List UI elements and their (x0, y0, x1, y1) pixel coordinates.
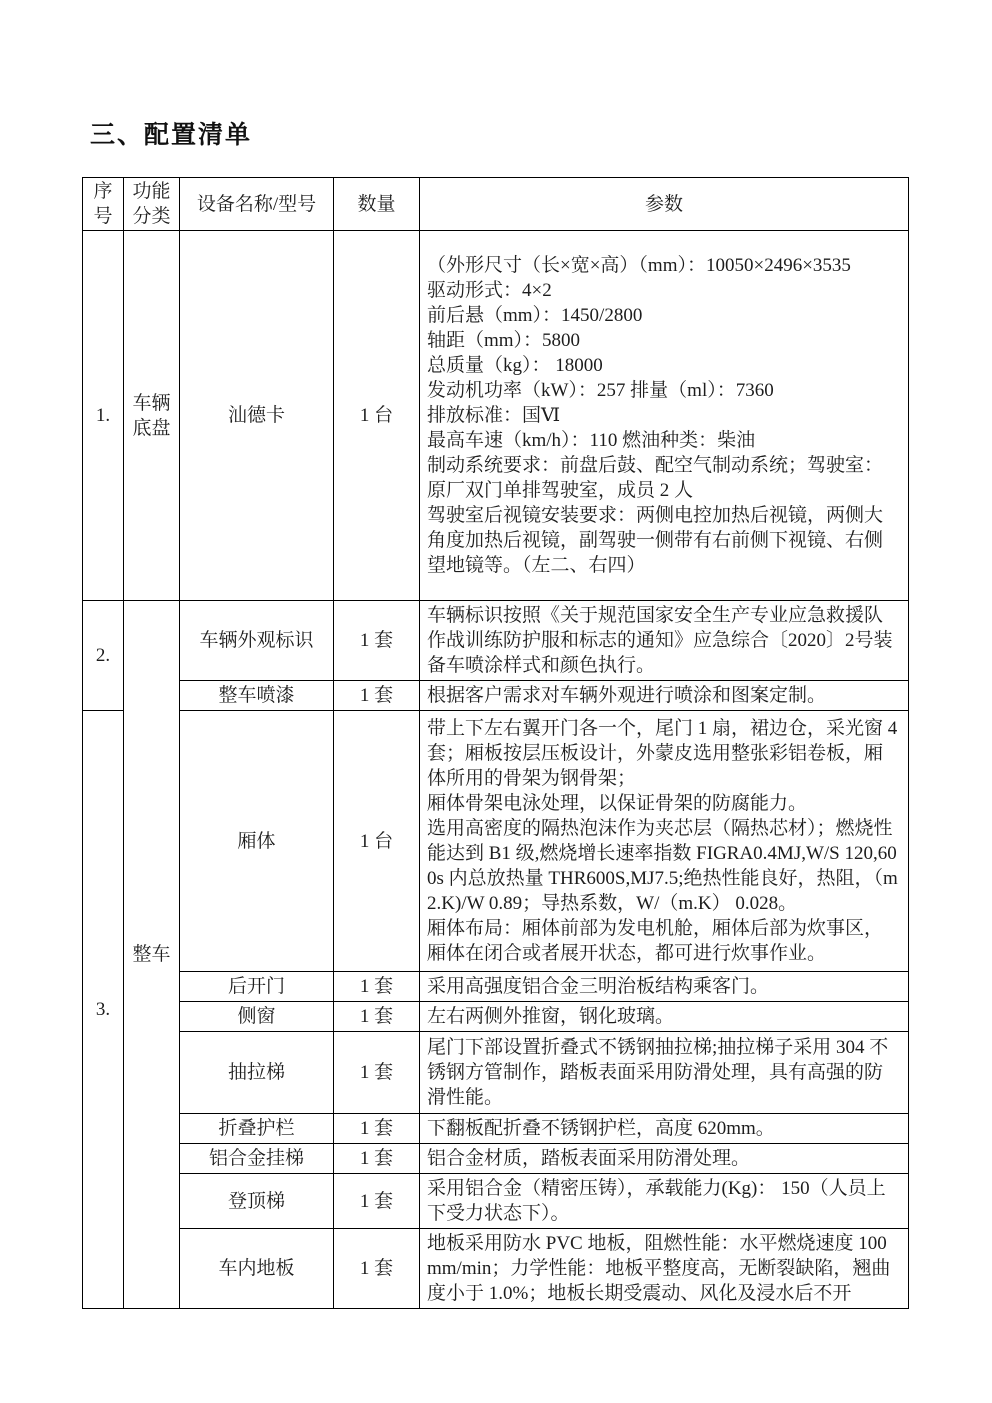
cell-name: 侧窗 (180, 1002, 334, 1032)
cell-params: 左右两侧外推窗，钢化玻璃。 (420, 1002, 909, 1032)
cell-qty: 1 套 (334, 972, 420, 1002)
header-row: 序号 功能分类 设备名称/型号 数量 参数 (83, 178, 909, 231)
cell-params: 车辆标识按照《关于规范国家安全生产专业应急救援队作战训练防护服和标志的通知》应急… (420, 601, 909, 681)
cell-qty: 1 台 (334, 711, 420, 972)
cell-name: 铝合金挂梯 (180, 1144, 334, 1174)
table-row: 后开门1 套采用高强度铝合金三明治板结构乘客门。 (83, 972, 909, 1002)
cell-name: 后开门 (180, 972, 334, 1002)
header-category: 功能分类 (124, 178, 180, 231)
cell-category: 车辆底盘 (124, 231, 180, 601)
section-title: 三、配置清单 (0, 0, 992, 151)
cell-qty: 1 套 (334, 1174, 420, 1229)
header-no: 序号 (83, 178, 124, 231)
cell-no: 1. (83, 231, 124, 601)
cell-name: 登顶梯 (180, 1174, 334, 1229)
cell-name: 汕德卡 (180, 231, 334, 601)
cell-category: 整车 (124, 601, 180, 1309)
cell-name: 抽拉梯 (180, 1032, 334, 1114)
header-qty: 数量 (334, 178, 420, 231)
cell-qty: 1 套 (334, 1229, 420, 1309)
table-row: 2.整车车辆外观标识1 套车辆标识按照《关于规范国家安全生产专业应急救援队作战训… (83, 601, 909, 681)
table-row: 侧窗1 套左右两侧外推窗，钢化玻璃。 (83, 1002, 909, 1032)
cell-params: 铝合金材质，踏板表面采用防滑处理。 (420, 1144, 909, 1174)
table-row: 车内地板1 套地板采用防水 PVC 地板，阻燃性能：水平燃烧速度 100mm/m… (83, 1229, 909, 1309)
cell-params: 地板采用防水 PVC 地板，阻燃性能：水平燃烧速度 100mm/min；力学性能… (420, 1229, 909, 1309)
cell-params: 采用高强度铝合金三明治板结构乘客门。 (420, 972, 909, 1002)
cell-name: 整车喷漆 (180, 681, 334, 711)
cell-no: 3. (83, 711, 124, 1309)
cell-name: 折叠护栏 (180, 1114, 334, 1144)
cell-qty: 1 套 (334, 681, 420, 711)
header-params: 参数 (420, 178, 909, 231)
table-row: 1.车辆底盘汕德卡1 台（外形尺寸（长×宽×高）（mm）：10050×2496×… (83, 231, 909, 601)
config-table: 序号 功能分类 设备名称/型号 数量 参数 1.车辆底盘汕德卡1 台（外形尺寸（… (82, 177, 909, 1309)
table-row: 折叠护栏1 套下翻板配折叠不锈钢护栏，高度 620mm。 (83, 1114, 909, 1144)
table-row: 3.厢体1 台带上下左右翼开门各一个，尾门 1 扇，裙边仓，采光窗 4 套；厢板… (83, 711, 909, 972)
cell-qty: 1 套 (334, 1032, 420, 1114)
cell-qty: 1 套 (334, 1144, 420, 1174)
cell-params: 带上下左右翼开门各一个，尾门 1 扇，裙边仓，采光窗 4 套；厢板按层压板设计，… (420, 711, 909, 972)
cell-no: 2. (83, 601, 124, 711)
header-name: 设备名称/型号 (180, 178, 334, 231)
cell-params: 根据客户需求对车辆外观进行喷涂和图案定制。 (420, 681, 909, 711)
cell-name: 厢体 (180, 711, 334, 972)
cell-qty: 1 套 (334, 1002, 420, 1032)
cell-name: 车辆外观标识 (180, 601, 334, 681)
cell-params: （外形尺寸（长×宽×高）（mm）：10050×2496×3535 驱动形式：4×… (420, 231, 909, 601)
cell-params: 采用铝合金（精密压铸），承载能力(Kg)： 150（人员上下受力状态下）。 (420, 1174, 909, 1229)
table-row: 整车喷漆1 套根据客户需求对车辆外观进行喷涂和图案定制。 (83, 681, 909, 711)
cell-qty: 1 台 (334, 231, 420, 601)
table-row: 铝合金挂梯1 套铝合金材质，踏板表面采用防滑处理。 (83, 1144, 909, 1174)
table-row: 抽拉梯1 套尾门下部设置折叠式不锈钢抽拉梯;抽拉梯子采用 304 不锈钢方管制作… (83, 1032, 909, 1114)
document-page: 三、配置清单 序号 功能分类 设备名称/型号 数量 参数 1.车辆底盘汕德卡1 … (0, 0, 992, 1403)
config-table-body: 1.车辆底盘汕德卡1 台（外形尺寸（长×宽×高）（mm）：10050×2496×… (83, 231, 909, 1309)
cell-name: 车内地板 (180, 1229, 334, 1309)
cell-qty: 1 套 (334, 601, 420, 681)
cell-qty: 1 套 (334, 1114, 420, 1144)
table-row: 登顶梯1 套采用铝合金（精密压铸），承载能力(Kg)： 150（人员上下受力状态… (83, 1174, 909, 1229)
cell-params: 尾门下部设置折叠式不锈钢抽拉梯;抽拉梯子采用 304 不锈钢方管制作，踏板表面采… (420, 1032, 909, 1114)
cell-params: 下翻板配折叠不锈钢护栏，高度 620mm。 (420, 1114, 909, 1144)
